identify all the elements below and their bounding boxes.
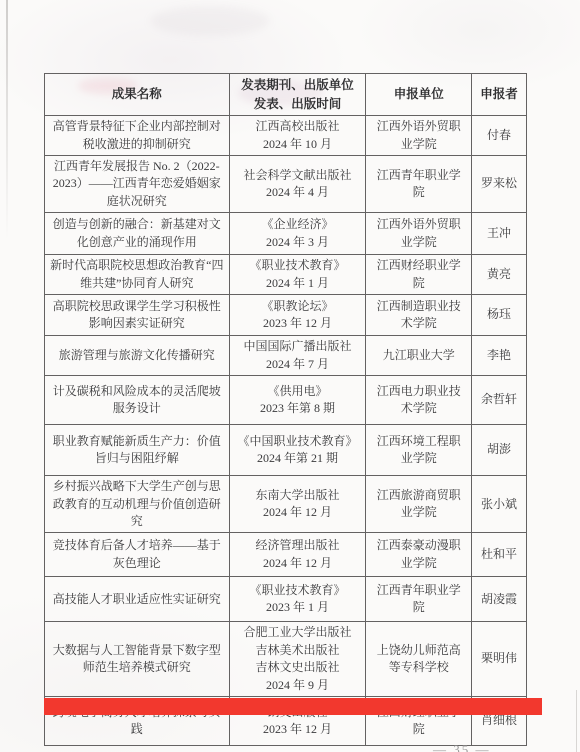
table-row: 大数据与人工智能背景下数字型师范生培养模式研究 合肥工业大学出版社 吉林美术出版… xyxy=(45,622,527,697)
cell-publication: 社会科学文献出版社 2024 年 4 月 xyxy=(229,156,366,213)
cell-publication: 《供用电》 2023 年第 8 期 xyxy=(229,376,366,425)
cell-publication: 东南大学出版社 2024 年 12 月 xyxy=(229,476,366,533)
cell-unit: 上饶幼儿师范高等专科学校 xyxy=(366,622,472,697)
ink-bleed-artifact xyxy=(150,6,270,36)
scan-edge-artifact-left xyxy=(6,0,8,240)
cell-applicant: 李艳 xyxy=(472,336,527,376)
table-row: 职业教育赋能新质生产力：价值旨归与困阻纾解 《中国职业技术教育》 2024 年第… xyxy=(45,425,527,476)
cell-publication: 《职业技术教育》 2024 年 1 月 xyxy=(229,255,366,295)
table-row: 竞技体育后备人才培养——基于灰色理论 经济管理出版社 2024 年 12 月 江… xyxy=(45,533,527,577)
cell-applicant: 胡澎 xyxy=(472,425,527,476)
table-row: 高技能人才职业适应性实证研究 《职业技术教育》 2023 年 1 月 江西青年职… xyxy=(45,577,527,622)
table-row: 新时代高职院校思想政治教育“四维共建”协同育人研究 《职业技术教育》 2024 … xyxy=(45,255,527,295)
cell-publication: 《职业技术教育》 2023 年 1 月 xyxy=(229,577,366,622)
cell-name: 创造与创新的融合：新基建对文化创意产业的涌现作用 xyxy=(45,213,230,255)
cell-name: 计及碳税和风险成本的灵活爬坡服务设计 xyxy=(45,376,230,425)
cell-unit: 江西旅游商贸职业学院 xyxy=(366,476,472,533)
cell-applicant: 杜和平 xyxy=(472,533,527,577)
cell-unit: 江西外语外贸职业学院 xyxy=(366,213,472,255)
cell-publication: 《中国职业技术教育》 2024 年第 21 期 xyxy=(229,425,366,476)
cell-unit: 江西制造职业技术学院 xyxy=(366,295,472,336)
cell-applicant: 王冲 xyxy=(472,213,527,255)
cell-unit: 江西电力职业技术学院 xyxy=(366,376,472,425)
results-table-wrapper: 成果名称 发表期刊、出版单位 发表、出版时间 申报单位 申报者 高管背景特征下企… xyxy=(44,73,527,697)
cell-unit: 江西泰豪动漫职业学院 xyxy=(366,533,472,577)
table-header-row: 成果名称 发表期刊、出版单位 发表、出版时间 申报单位 申报者 xyxy=(45,74,527,116)
cell-unit: 江西青年职业学院 xyxy=(366,156,472,213)
cell-applicant: 余哲轩 xyxy=(472,376,527,425)
table-row: 旅游管理与旅游文化传播研究 中国国际广播出版社 2024 年 7 月 九江职业大… xyxy=(45,336,527,376)
table-row: 计及碳税和风险成本的灵活爬坡服务设计 《供用电》 2023 年第 8 期 江西电… xyxy=(45,376,527,425)
achievements-table: 成果名称 发表期刊、出版单位 发表、出版时间 申报单位 申报者 高管背景特征下企… xyxy=(44,73,527,746)
table-row: 创造与创新的融合：新基建对文化创意产业的涌现作用 《企业经济》 2024 年 3… xyxy=(45,213,527,255)
header-achievement-name: 成果名称 xyxy=(45,74,230,116)
cell-name: 江西青年发展报告 No. 2（2022-2023）——江西青年恋爱婚姻家庭状况研… xyxy=(45,156,230,213)
cell-unit: 江西财经职业学院 xyxy=(366,255,472,295)
header-publication: 发表期刊、出版单位 发表、出版时间 xyxy=(229,74,366,116)
cell-applicant: 张小斌 xyxy=(472,476,527,533)
cell-unit: 九江职业大学 xyxy=(366,336,472,376)
cell-publication: 江西高校出版社 2024 年 10 月 xyxy=(229,116,366,156)
cell-applicant: 罗来松 xyxy=(472,156,527,213)
cell-publication: 《企业经济》 2024 年 3 月 xyxy=(229,213,366,255)
cell-name: 竞技体育后备人才培养——基于灰色理论 xyxy=(45,533,230,577)
table-row: 高管背景特征下企业内部控制对税收激进的抑制研究 江西高校出版社 2024 年 1… xyxy=(45,116,527,156)
table-row: 乡村振兴战略下大学生产创与思政教育的互动机理与价值创造研究 东南大学出版社 20… xyxy=(45,476,527,533)
cell-applicant: 胡凌霞 xyxy=(472,577,527,622)
cell-name: 乡村振兴战略下大学生产创与思政教育的互动机理与价值创造研究 xyxy=(45,476,230,533)
cell-name: 新时代高职院校思想政治教育“四维共建”协同育人研究 xyxy=(45,255,230,295)
cell-publication: 中国国际广播出版社 2024 年 7 月 xyxy=(229,336,366,376)
table-row: 高职院校思政课学生学习积极性影响因素实证研究 《职教论坛》 2023 年 12 … xyxy=(45,295,527,336)
scan-edge-artifact-right xyxy=(576,690,577,752)
cell-name: 高技能人才职业适应性实证研究 xyxy=(45,577,230,622)
cell-name: 大数据与人工智能背景下数字型师范生培养模式研究 xyxy=(45,622,230,697)
header-applicant: 申报者 xyxy=(472,74,527,116)
cell-name: 高职院校思政课学生学习积极性影响因素实证研究 xyxy=(45,295,230,336)
cell-name: 职业教育赋能新质生产力：价值旨归与困阻纾解 xyxy=(45,425,230,476)
header-applying-unit: 申报单位 xyxy=(366,74,472,116)
cell-publication: 《职教论坛》 2023 年 12 月 xyxy=(229,295,366,336)
table-row: 江西青年发展报告 No. 2（2022-2023）——江西青年恋爱婚姻家庭状况研… xyxy=(45,156,527,213)
cell-name: 高管背景特征下企业内部控制对税收激进的抑制研究 xyxy=(45,116,230,156)
cell-unit: 江西环境工程职业学院 xyxy=(366,425,472,476)
cell-unit: 江西外语外贸职业学院 xyxy=(366,116,472,156)
redaction-bar xyxy=(44,698,542,715)
cell-applicant: 黄亮 xyxy=(472,255,527,295)
cell-applicant: 栗明伟 xyxy=(472,622,527,697)
cell-publication: 经济管理出版社 2024 年 12 月 xyxy=(229,533,366,577)
cell-applicant: 付春 xyxy=(472,116,527,156)
cell-name: 旅游管理与旅游文化传播研究 xyxy=(45,336,230,376)
cell-publication: 合肥工业大学出版社 吉林美术出版社 吉林文史出版社 2024 年 9 月 xyxy=(229,622,366,697)
scanned-document-page: 成果名称 发表期刊、出版单位 发表、出版时间 申报单位 申报者 高管背景特征下企… xyxy=(0,0,580,752)
cell-unit: 江西青年职业学院 xyxy=(366,577,472,622)
cell-applicant: 杨珏 xyxy=(472,295,527,336)
page-number: — 35 — xyxy=(433,742,513,752)
